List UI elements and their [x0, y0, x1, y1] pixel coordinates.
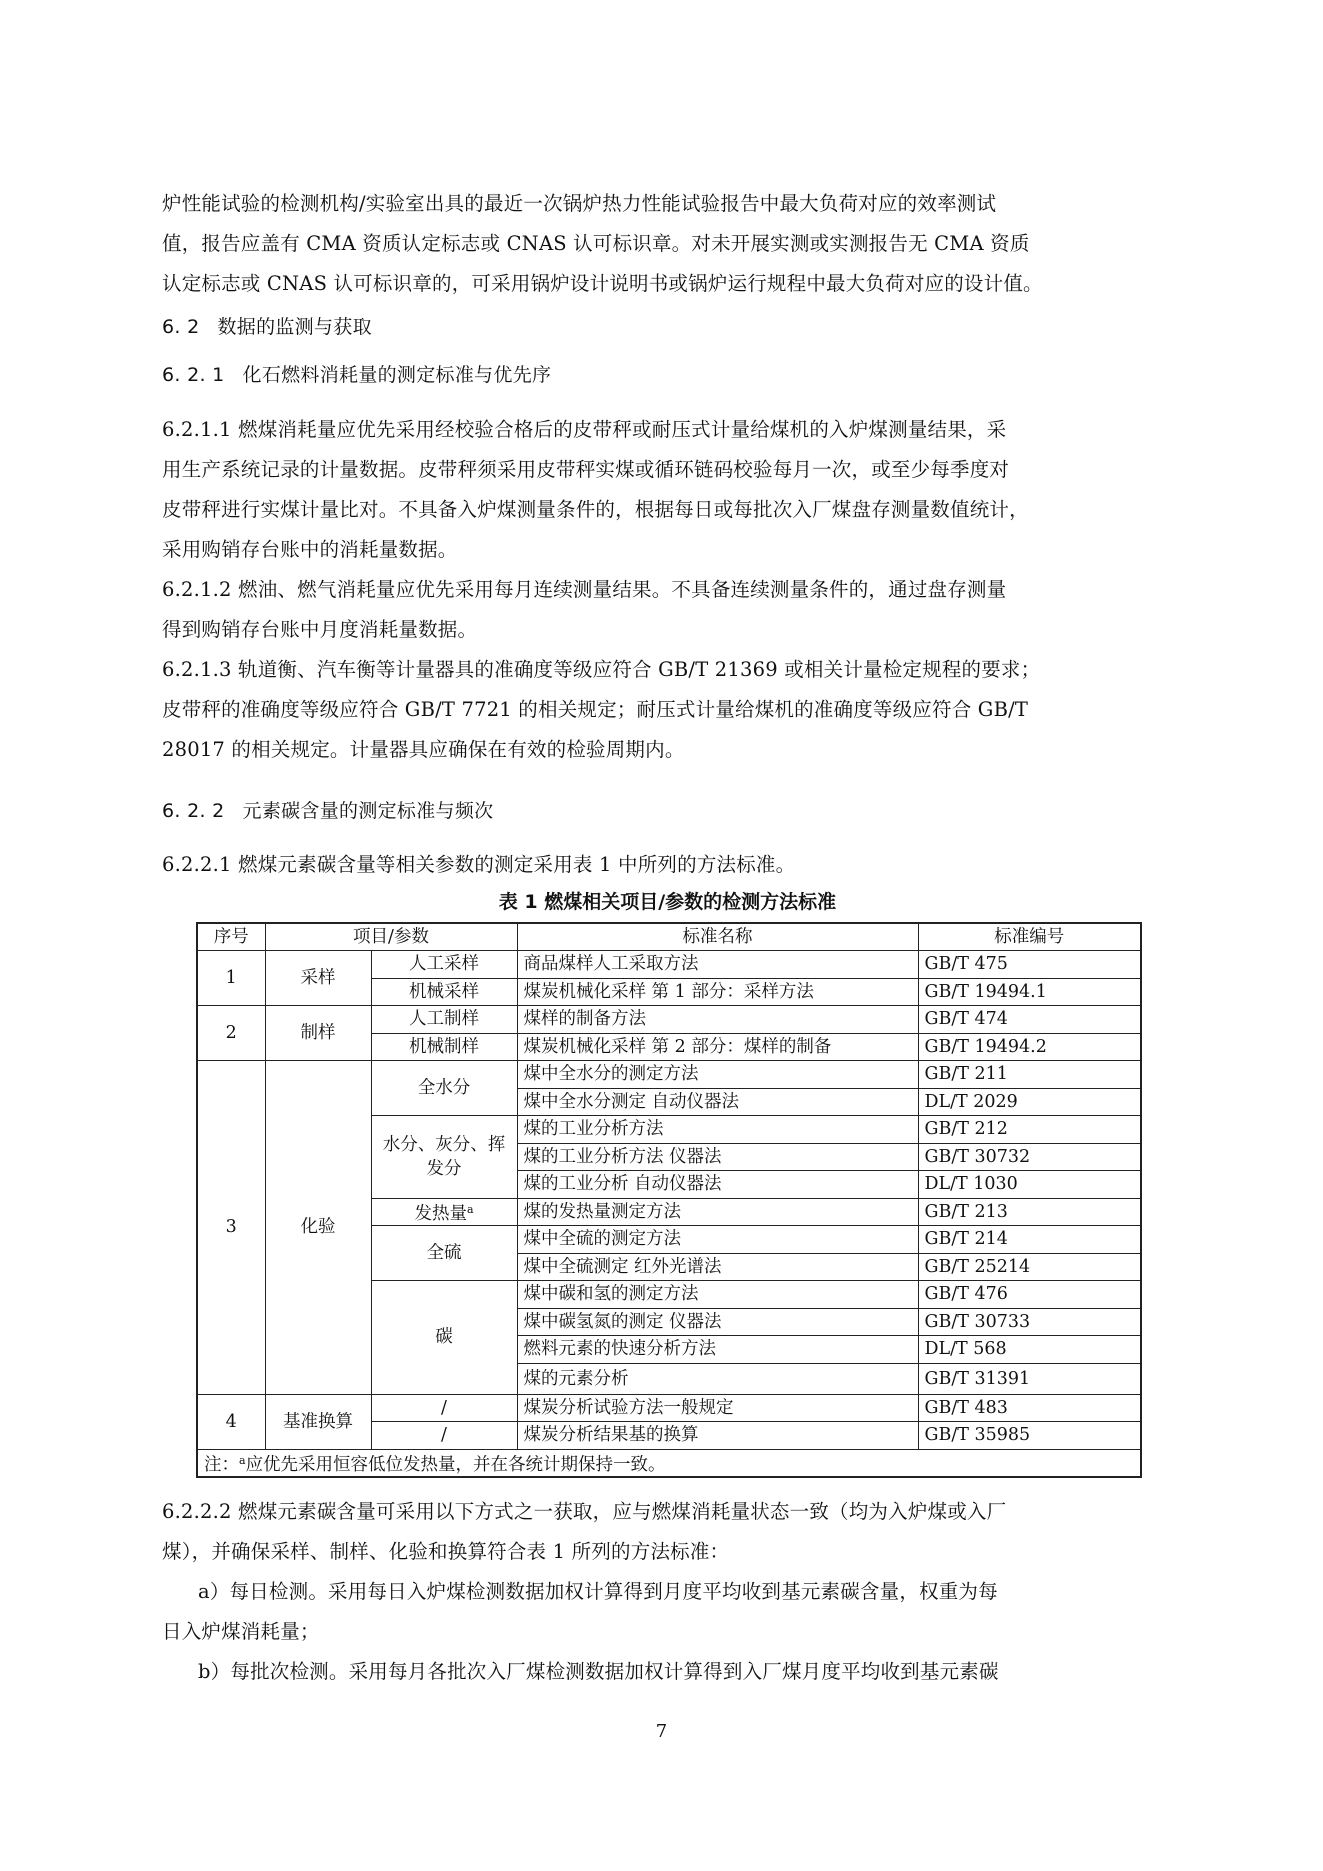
subitem: 人工制样 [371, 1006, 517, 1034]
header-seq: 序号 [197, 923, 265, 951]
text-line: a）每日检测。采用每日入炉煤检测数据加权计算得到月度平均收到基元素碳含量，权重为… [162, 1572, 1180, 1612]
section-title: 数据的监测与获取 [217, 316, 371, 338]
text-line: b）每批次检测。采用每月各批次入厂煤检测数据加权计算得到入厂煤月度平均收到基元素… [162, 1652, 1180, 1692]
standard-code: GB/T 30733 [918, 1308, 1141, 1336]
standard-name: 煤的工业分析方法 [517, 1116, 918, 1144]
text-line: 得到购销存台账中月度消耗量数据。 [162, 610, 1180, 650]
text-line: 炉性能试验的检测机构/实验室出具的最近一次锅炉热力性能试验报告中最大负荷对应的效… [162, 184, 1180, 224]
standard-name: 煤中碳氢氮的测定 仪器法 [517, 1308, 918, 1336]
standard-code: GB/T 483 [918, 1394, 1141, 1422]
subitem: 碳 [371, 1281, 517, 1395]
subitem-calorific: 发热量a [371, 1198, 517, 1226]
clause-6-2-1-3: 6.2.1.3 轨道衡、汽车衡等计量器具的准确度等级应符合 GB/T 21369… [162, 650, 1180, 770]
table-row: 4 基准换算 / 煤炭分析试验方法一般规定 GB/T 483 [197, 1394, 1141, 1422]
standard-name: 煤的工业分析 自动仪器法 [517, 1171, 918, 1199]
standard-code: GB/T 475 [918, 951, 1141, 979]
text-line: 用生产系统记录的计量数据。皮带秤须采用皮带秤实煤或循环链码校验每月一次，或至少每… [162, 450, 1180, 490]
text-line: 皮带秤的准确度等级应符合 GB/T 7721 的相关规定；耐压式计量给煤机的准确… [162, 690, 1180, 730]
standard-code: GB/T 19494.1 [918, 978, 1141, 1006]
clause-6-2-1-2: 6.2.1.2 燃油、燃气消耗量应优先采用每月连续测量结果。不具备连续测量条件的… [162, 570, 1180, 650]
standards-table: 序号 项目/参数 标准名称 标准编号 1 采样 人工采样 商品煤样人工采取方法 … [196, 922, 1142, 1478]
clause-6-2-2-2: 6.2.2.2 燃煤元素碳含量可采用以下方式之一获取，应与燃煤消耗量状态一致（均… [162, 1492, 1180, 1572]
standard-code: DL/T 2029 [918, 1088, 1141, 1116]
section-number: 6. 2. 1 [162, 361, 225, 389]
text-line: 采用购销存台账中的消耗量数据。 [162, 530, 1180, 570]
text-line: 皮带秤进行实煤计量比对。不具备入炉煤测量条件的，根据每日或每批次入厂煤盘存测量数… [162, 490, 1180, 530]
table-note-row: 注：a应优先采用恒容低位发热量，并在各统计期保持一致。 [197, 1449, 1141, 1477]
subitem: / [371, 1422, 517, 1450]
standard-name: 燃料元素的快速分析方法 [517, 1336, 918, 1364]
group-item: 基准换算 [265, 1394, 371, 1449]
standard-code: GB/T 211 [918, 1061, 1141, 1089]
section-number: 6. 2 [162, 313, 199, 341]
header-item: 项目/参数 [265, 923, 517, 951]
standard-code: GB/T 476 [918, 1281, 1141, 1309]
group-item: 采样 [265, 951, 371, 1006]
standard-name: 煤中全硫的测定方法 [517, 1226, 918, 1254]
section-title: 化石燃料消耗量的测定标准与优先序 [243, 364, 552, 386]
table-row: 2 制样 人工制样 煤样的制备方法 GB/T 474 [197, 1006, 1141, 1034]
standard-code: GB/T 214 [918, 1226, 1141, 1254]
table-row: 1 采样 人工采样 商品煤样人工采取方法 GB/T 475 [197, 951, 1141, 979]
subitem: 全水分 [371, 1061, 517, 1116]
text-line: 煤），并确保采样、制样、化验和换算符合表 1 所列的方法标准： [162, 1532, 1180, 1572]
standard-name: 煤炭分析试验方法一般规定 [517, 1394, 918, 1422]
subitem: / [371, 1394, 517, 1422]
standard-code: GB/T 213 [918, 1198, 1141, 1226]
list-item-b: b）每批次检测。采用每月各批次入厂煤检测数据加权计算得到入厂煤月度平均收到基元素… [162, 1652, 1180, 1692]
document-page: 炉性能试验的检测机构/实验室出具的最近一次锅炉热力性能试验报告中最大负荷对应的效… [0, 0, 1323, 1871]
group-item: 化验 [265, 1061, 371, 1395]
standard-name: 煤中碳和氢的测定方法 [517, 1281, 918, 1309]
standard-name: 煤炭机械化采样 第 1 部分：采样方法 [517, 978, 918, 1006]
list-item-a: a）每日检测。采用每日入炉煤检测数据加权计算得到月度平均收到基元素碳含量，权重为… [162, 1572, 1180, 1652]
text-line: 6.2.1.3 轨道衡、汽车衡等计量器具的准确度等级应符合 GB/T 21369… [162, 650, 1180, 690]
section-title: 元素碳含量的测定标准与频次 [243, 800, 494, 822]
standard-code: GB/T 25214 [918, 1253, 1141, 1281]
header-name: 标准名称 [517, 923, 918, 951]
standard-name: 煤中全水分的测定方法 [517, 1061, 918, 1089]
standard-name: 煤炭分析结果基的换算 [517, 1422, 918, 1450]
text-line: 值，报告应盖有 CMA 资质认定标志或 CNAS 认可标识章。对未开展实测或实测… [162, 224, 1180, 264]
footnote-marker: a [467, 1203, 474, 1216]
standard-code: DL/T 568 [918, 1336, 1141, 1364]
group-item: 制样 [265, 1006, 371, 1061]
standard-name: 煤炭机械化采样 第 2 部分：煤样的制备 [517, 1033, 918, 1061]
text-line: 6.2.1.1 燃煤消耗量应优先采用经校验合格后的皮带秤或耐压式计量给煤机的入炉… [162, 410, 1180, 450]
text-line: 28017 的相关规定。计量器具应确保在有效的检验周期内。 [162, 730, 1180, 770]
text-line: 6.2.2.2 燃煤元素碳含量可采用以下方式之一获取，应与燃煤消耗量状态一致（均… [162, 1492, 1180, 1532]
text-line: 日入炉煤消耗量； [162, 1612, 1180, 1652]
subitem: 全硫 [371, 1226, 517, 1281]
note-prefix: 注： [204, 1455, 239, 1475]
table-header-row: 序号 项目/参数 标准名称 标准编号 [197, 923, 1141, 951]
group-seq: 3 [197, 1061, 265, 1395]
group-seq: 2 [197, 1006, 265, 1061]
section-number: 6. 2. 2 [162, 797, 225, 825]
clause-6-2-1-1: 6.2.1.1 燃煤消耗量应优先采用经校验合格后的皮带秤或耐压式计量给煤机的入炉… [162, 410, 1180, 570]
table-note: 注：a应优先采用恒容低位发热量，并在各统计期保持一致。 [197, 1449, 1141, 1477]
section-heading-6-2-1: 6. 2. 1化石燃料消耗量的测定标准与优先序 [162, 361, 551, 389]
standard-name: 商品煤样人工采取方法 [517, 951, 918, 979]
standard-code: GB/T 35985 [918, 1422, 1141, 1450]
standard-code: GB/T 19494.2 [918, 1033, 1141, 1061]
clause-6-2-2-1: 6.2.2.1 燃煤元素碳含量等相关参数的测定采用表 1 中所列的方法标准。 [162, 845, 1180, 885]
group-seq: 1 [197, 951, 265, 1006]
standard-name: 煤的发热量测定方法 [517, 1198, 918, 1226]
standard-code: GB/T 30732 [918, 1143, 1141, 1171]
group-seq: 4 [197, 1394, 265, 1449]
subitem: 人工采样 [371, 951, 517, 979]
text-line: 6.2.1.2 燃油、燃气消耗量应优先采用每月连续测量结果。不具备连续测量条件的… [162, 570, 1180, 610]
subitem: 机械采样 [371, 978, 517, 1006]
intro-paragraph: 炉性能试验的检测机构/实验室出具的最近一次锅炉热力性能试验报告中最大负荷对应的效… [162, 184, 1180, 304]
subitem: 机械制样 [371, 1033, 517, 1061]
standard-name: 煤的工业分析方法 仪器法 [517, 1143, 918, 1171]
text-line: 认定标志或 CNAS 认可标识章的，可采用锅炉设计说明书或锅炉运行规程中最大负荷… [162, 264, 1180, 304]
table-row: 3 化验 全水分 煤中全水分的测定方法 GB/T 211 [197, 1061, 1141, 1089]
standard-name: 煤中全硫测定 红外光谱法 [517, 1253, 918, 1281]
standard-code: GB/T 212 [918, 1116, 1141, 1144]
subitem-label: 发热量 [414, 1204, 467, 1224]
subitem: 水分、灰分、挥发分 [371, 1116, 517, 1199]
standard-name: 煤中全水分测定 自动仪器法 [517, 1088, 918, 1116]
standard-name: 煤的元素分析 [517, 1363, 918, 1394]
standard-code: GB/T 474 [918, 1006, 1141, 1034]
section-heading-6-2: 6. 2数据的监测与获取 [162, 313, 372, 341]
standard-name: 煤样的制备方法 [517, 1006, 918, 1034]
section-heading-6-2-2: 6. 2. 2元素碳含量的测定标准与频次 [162, 797, 493, 825]
table-title: 表 1 燃煤相关项目/参数的检测方法标准 [196, 888, 1139, 916]
note-text: 应优先采用恒容低位发热量，并在各统计期保持一致。 [246, 1455, 666, 1475]
standard-code: GB/T 31391 [918, 1363, 1141, 1394]
standard-code: DL/T 1030 [918, 1171, 1141, 1199]
header-code: 标准编号 [918, 923, 1141, 951]
text-line: 6.2.2.1 燃煤元素碳含量等相关参数的测定采用表 1 中所列的方法标准。 [162, 845, 1180, 885]
page-number: 7 [0, 1720, 1323, 1744]
